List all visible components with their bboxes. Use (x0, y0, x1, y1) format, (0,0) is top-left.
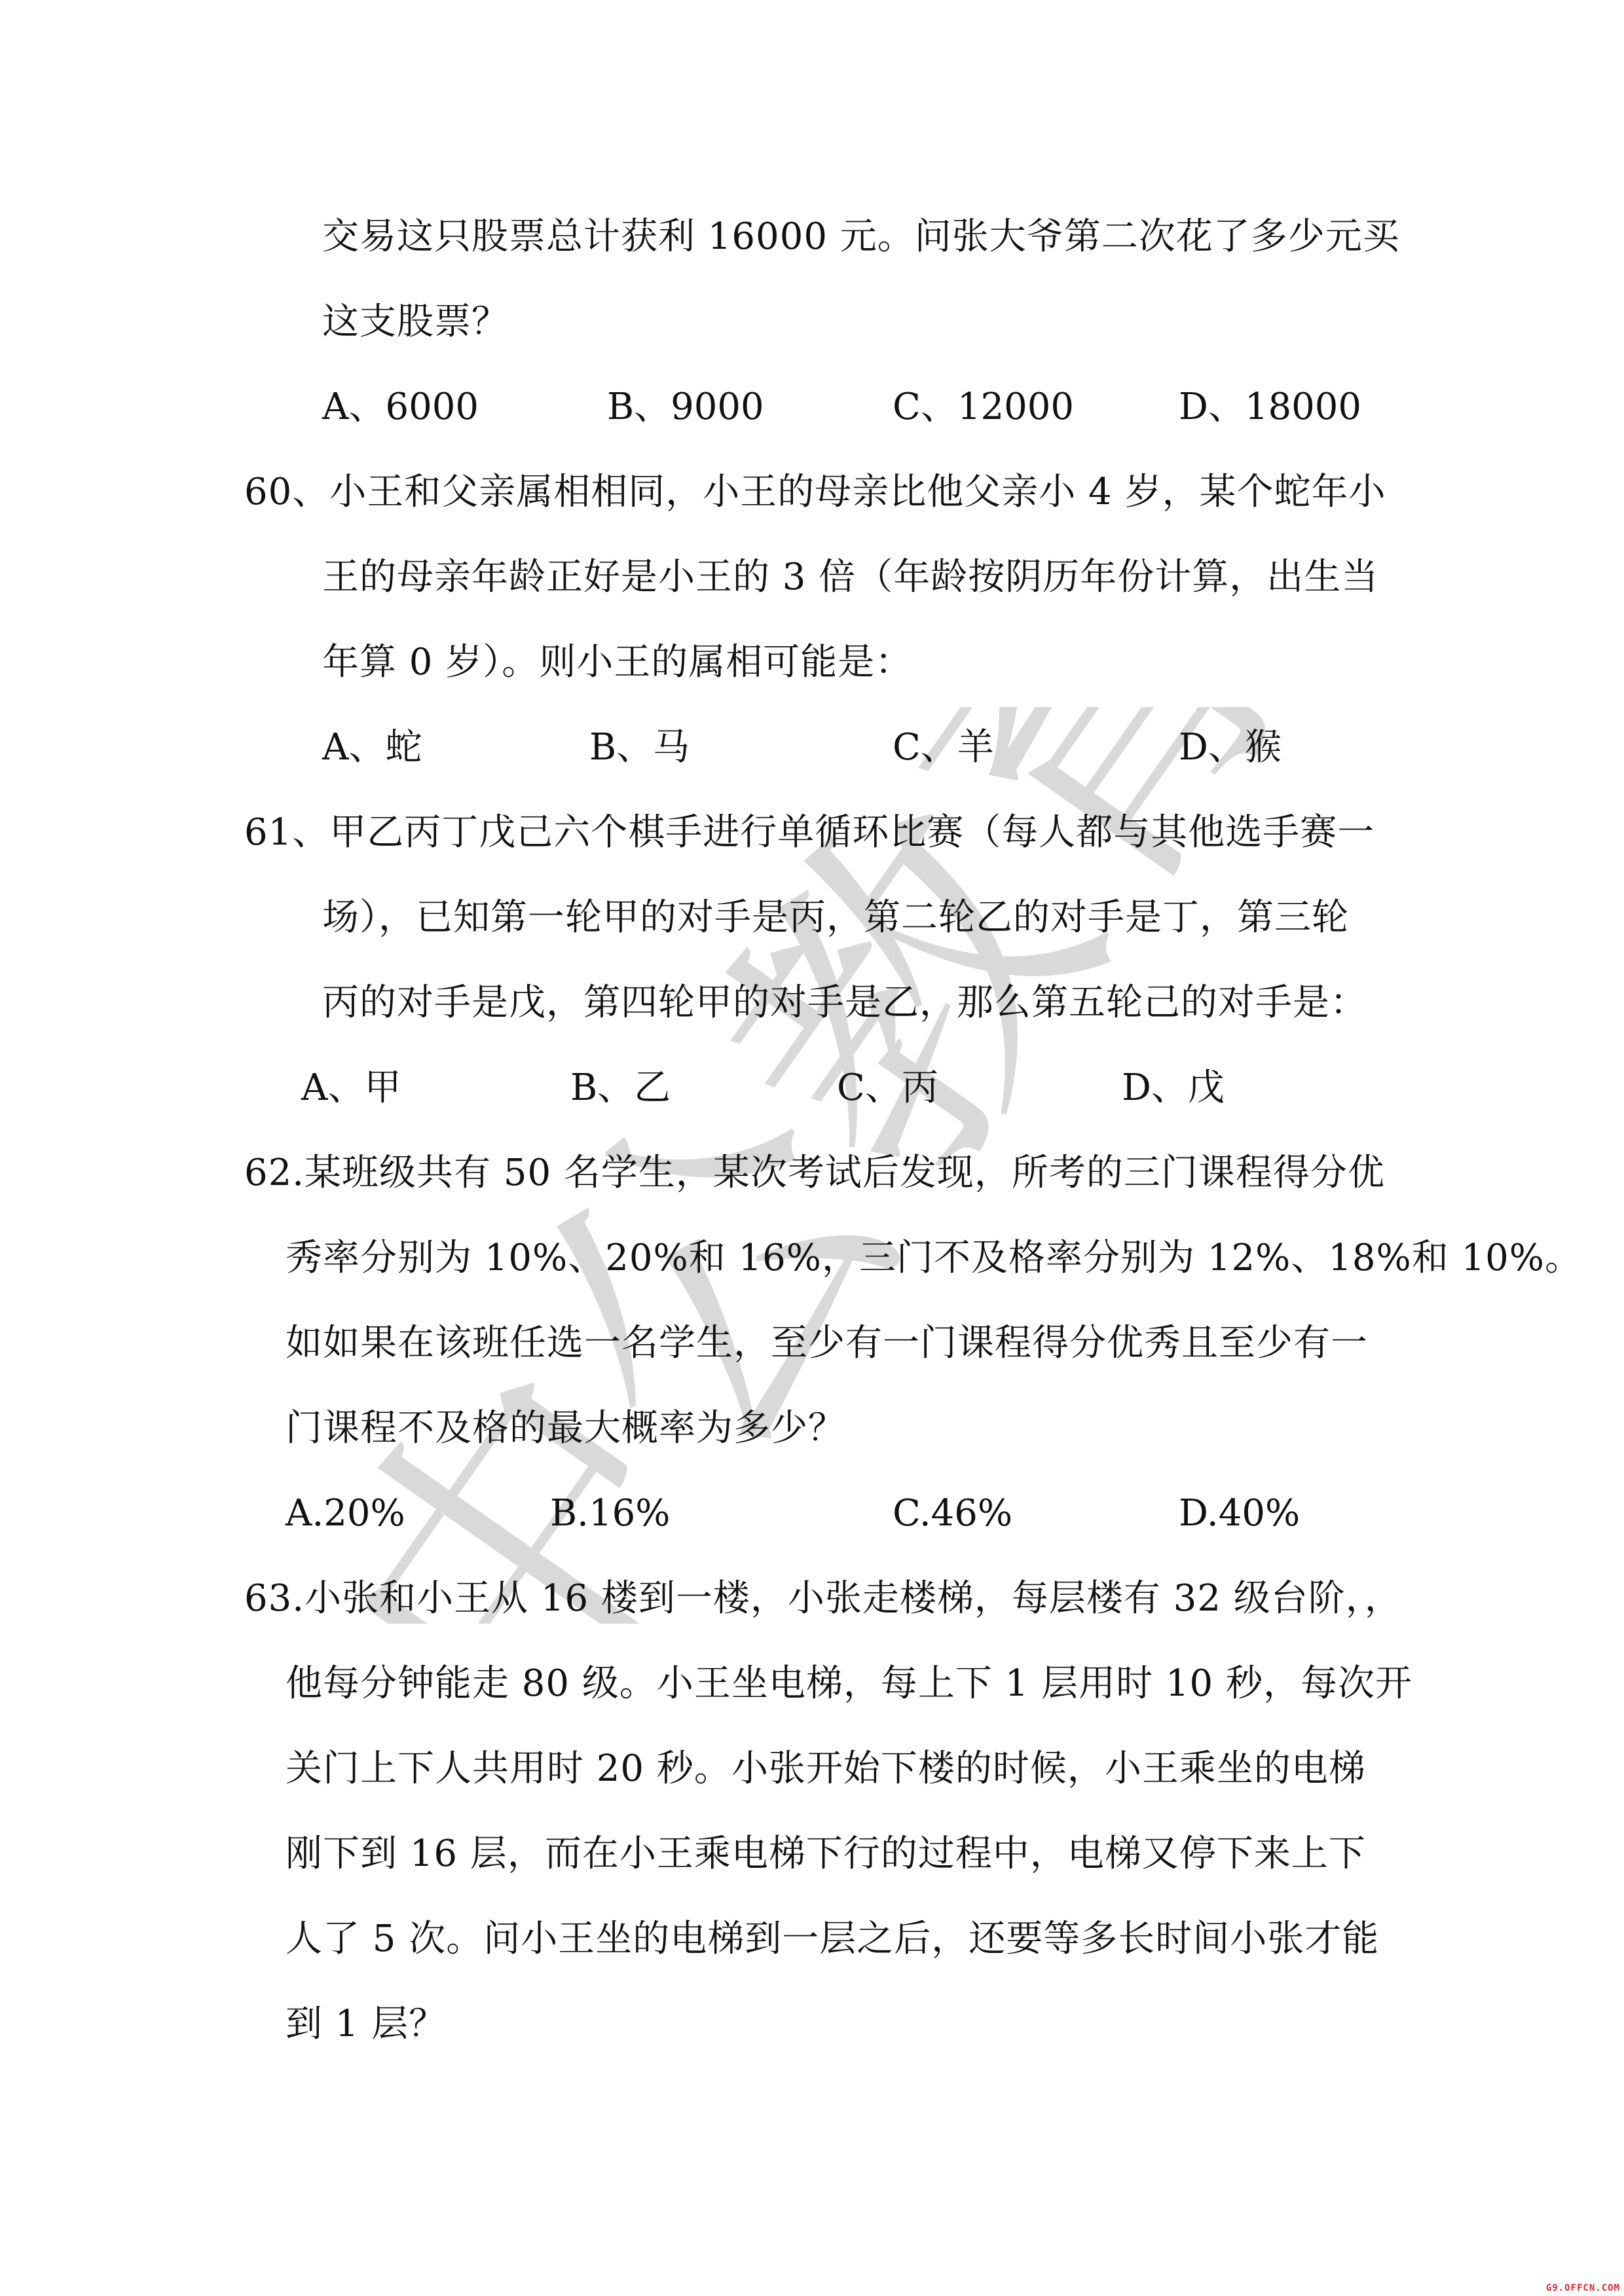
q59-line-2: 这支股票？ (322, 301, 509, 343)
q63-line-1: 63.小张和小王从 16 楼到一楼，小张走楼梯，每层楼有 32 级台阶，， (244, 1578, 1402, 1620)
q59-option-a: A、6000 (322, 386, 479, 428)
q61-line-1: 61、甲乙丙丁戊己六个棋手进行单循环比赛（每人都与其他选手赛一 (244, 812, 1375, 854)
q61-option-b: B、乙 (570, 1067, 671, 1109)
q60-line-3: 年算 0 岁）。则小王的属相可能是： (322, 642, 912, 683)
q63-line-4: 刚下到 16 层，而在小王乘电梯下行的过程中，电梯又停下来上下 (286, 1833, 1366, 1875)
q62-line-4: 门课程不及格的最大概率为多少？ (286, 1408, 845, 1449)
q62-option-b: B.16% (550, 1493, 670, 1535)
q60-option-d: D、猴 (1179, 727, 1282, 769)
q61-option-d: D、戊 (1122, 1067, 1225, 1109)
q62-line-3: 如如果在该班任选一名学生，至少有一门课程得分优秀且至少有一 (286, 1322, 1368, 1364)
q62-line-2: 秀率分别为 10%、20%和 16%，三门不及格率分别为 12%、18%和 10… (286, 1237, 1582, 1279)
q63-line-5: 人了 5 次。问小王坐的电梯到一层之后，还要等多长时间小张才能 (286, 1918, 1379, 1960)
q63-line-2: 他每分钟能走 80 级。小王坐电梯，每上下 1 层用时 10 秒，每次开 (286, 1663, 1412, 1705)
q61-line-3: 丙的对手是戊，第四轮甲的对手是乙，那么第五轮己的对手是： (322, 982, 1367, 1024)
q60-line-1: 60、小王和父亲属相相同，小王的母亲比他父亲小 4 岁，某个蛇年小 (244, 471, 1386, 513)
q62-option-c: C.46% (893, 1493, 1012, 1535)
q60-option-a: A、蛇 (322, 727, 422, 769)
q61-option-a: A、甲 (301, 1067, 401, 1109)
q60-line-2: 王的母亲年龄正好是小王的 3 倍（年龄按阴历年份计算，出生当 (322, 556, 1378, 598)
source-watermark: G9.OFFCN.COM (1546, 2283, 1620, 2293)
q60-option-c: C、羊 (893, 727, 994, 769)
q62-option-d: D.40% (1179, 1493, 1300, 1535)
q63-line-3: 关门上下人共用时 20 秒。小张开始下楼的时候，小王乘坐的电梯 (286, 1748, 1366, 1790)
q61-line-2: 场），已知第一轮甲的对手是丙，第二轮乙的对手是丁，第三轮 (322, 897, 1349, 939)
q59-option-c: C、12000 (893, 386, 1074, 428)
q59-option-b: B、9000 (607, 386, 764, 428)
q61-option-c: C、丙 (837, 1067, 938, 1109)
q62-option-a: A.20% (286, 1493, 405, 1535)
q60-option-b: B、马 (589, 727, 690, 769)
q59-option-d: D、18000 (1179, 386, 1361, 428)
q62-line-1: 62.某班级共有 50 名学生，某次考试后发现，所考的三门课程得分优 (244, 1152, 1385, 1194)
q59-line-1: 交易这只股票总计获利 16000 元。问张大爷第二次花了多少元买 (322, 216, 1400, 258)
q63-line-6: 到 1 层？ (286, 2003, 446, 2045)
